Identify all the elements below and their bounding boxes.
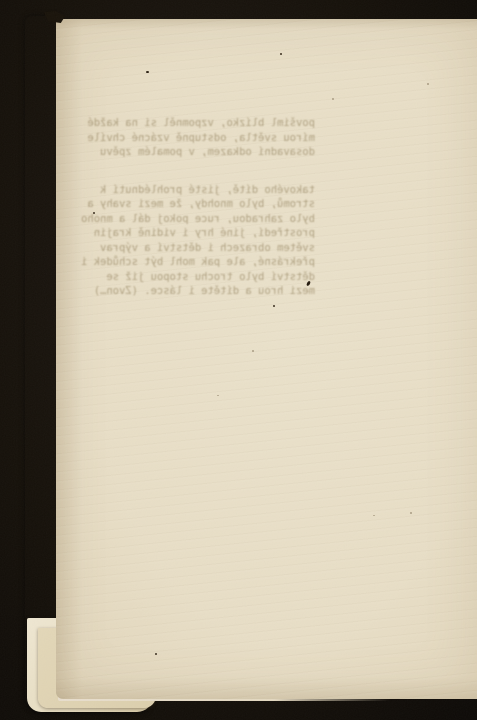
bleed-line: světem obrazech i dětství a výprav (75, 241, 315, 256)
ink-speck (410, 512, 412, 514)
bleed-line: stromů, bylo mnohdy, že mezi svahy a (75, 197, 315, 212)
scanned-book-photo: povšiml blízko, vzpomněl si na každé mír… (0, 0, 477, 720)
ink-speck (252, 350, 254, 352)
bleedthrough-paragraph: povšiml blízko, vzpomněl si na každé mír… (75, 116, 315, 160)
blank-book-page: povšiml blízko, vzpomněl si na každé mír… (56, 19, 477, 699)
ink-speck (93, 212, 95, 214)
bleed-line: takového dítě, jisté prohlédnutí k (75, 183, 315, 198)
ink-speck (280, 53, 282, 55)
bleed-line: prostředí, jiné hry i vidině krajin (75, 226, 315, 241)
page-fore-edge-stack (25, 16, 58, 708)
bleed-line: bylo zahradou, ruce pokoj dál a mnoho (75, 212, 315, 227)
bleedthrough-paragraph: takového dítě, jisté prohlédnutí k strom… (75, 183, 315, 299)
ink-speck (273, 305, 275, 307)
ink-speck (332, 98, 334, 100)
bleed-line: překrásné, ale pak mohl být schůdek i (75, 255, 315, 270)
bleed-line: povšiml blízko, vzpomněl si na každé (75, 116, 315, 131)
bleed-line: dětství bylo trochu stopou již se (75, 270, 315, 285)
ink-speck (155, 653, 157, 655)
bleed-line: dosavadní odkazem, v pomalém zpěvu (75, 145, 315, 160)
ink-speck (217, 395, 219, 396)
bleed-line: mírou světla, odstupně vzácné chvíle (75, 131, 315, 146)
bleedthrough-text: povšiml blízko, vzpomněl si na každé mír… (75, 116, 315, 299)
ink-speck (427, 83, 429, 85)
bleed-line: mezi hrou a dítěte i lásce. (Zvon…) (75, 284, 315, 299)
ink-speck (373, 515, 375, 516)
ink-speck (146, 71, 149, 73)
